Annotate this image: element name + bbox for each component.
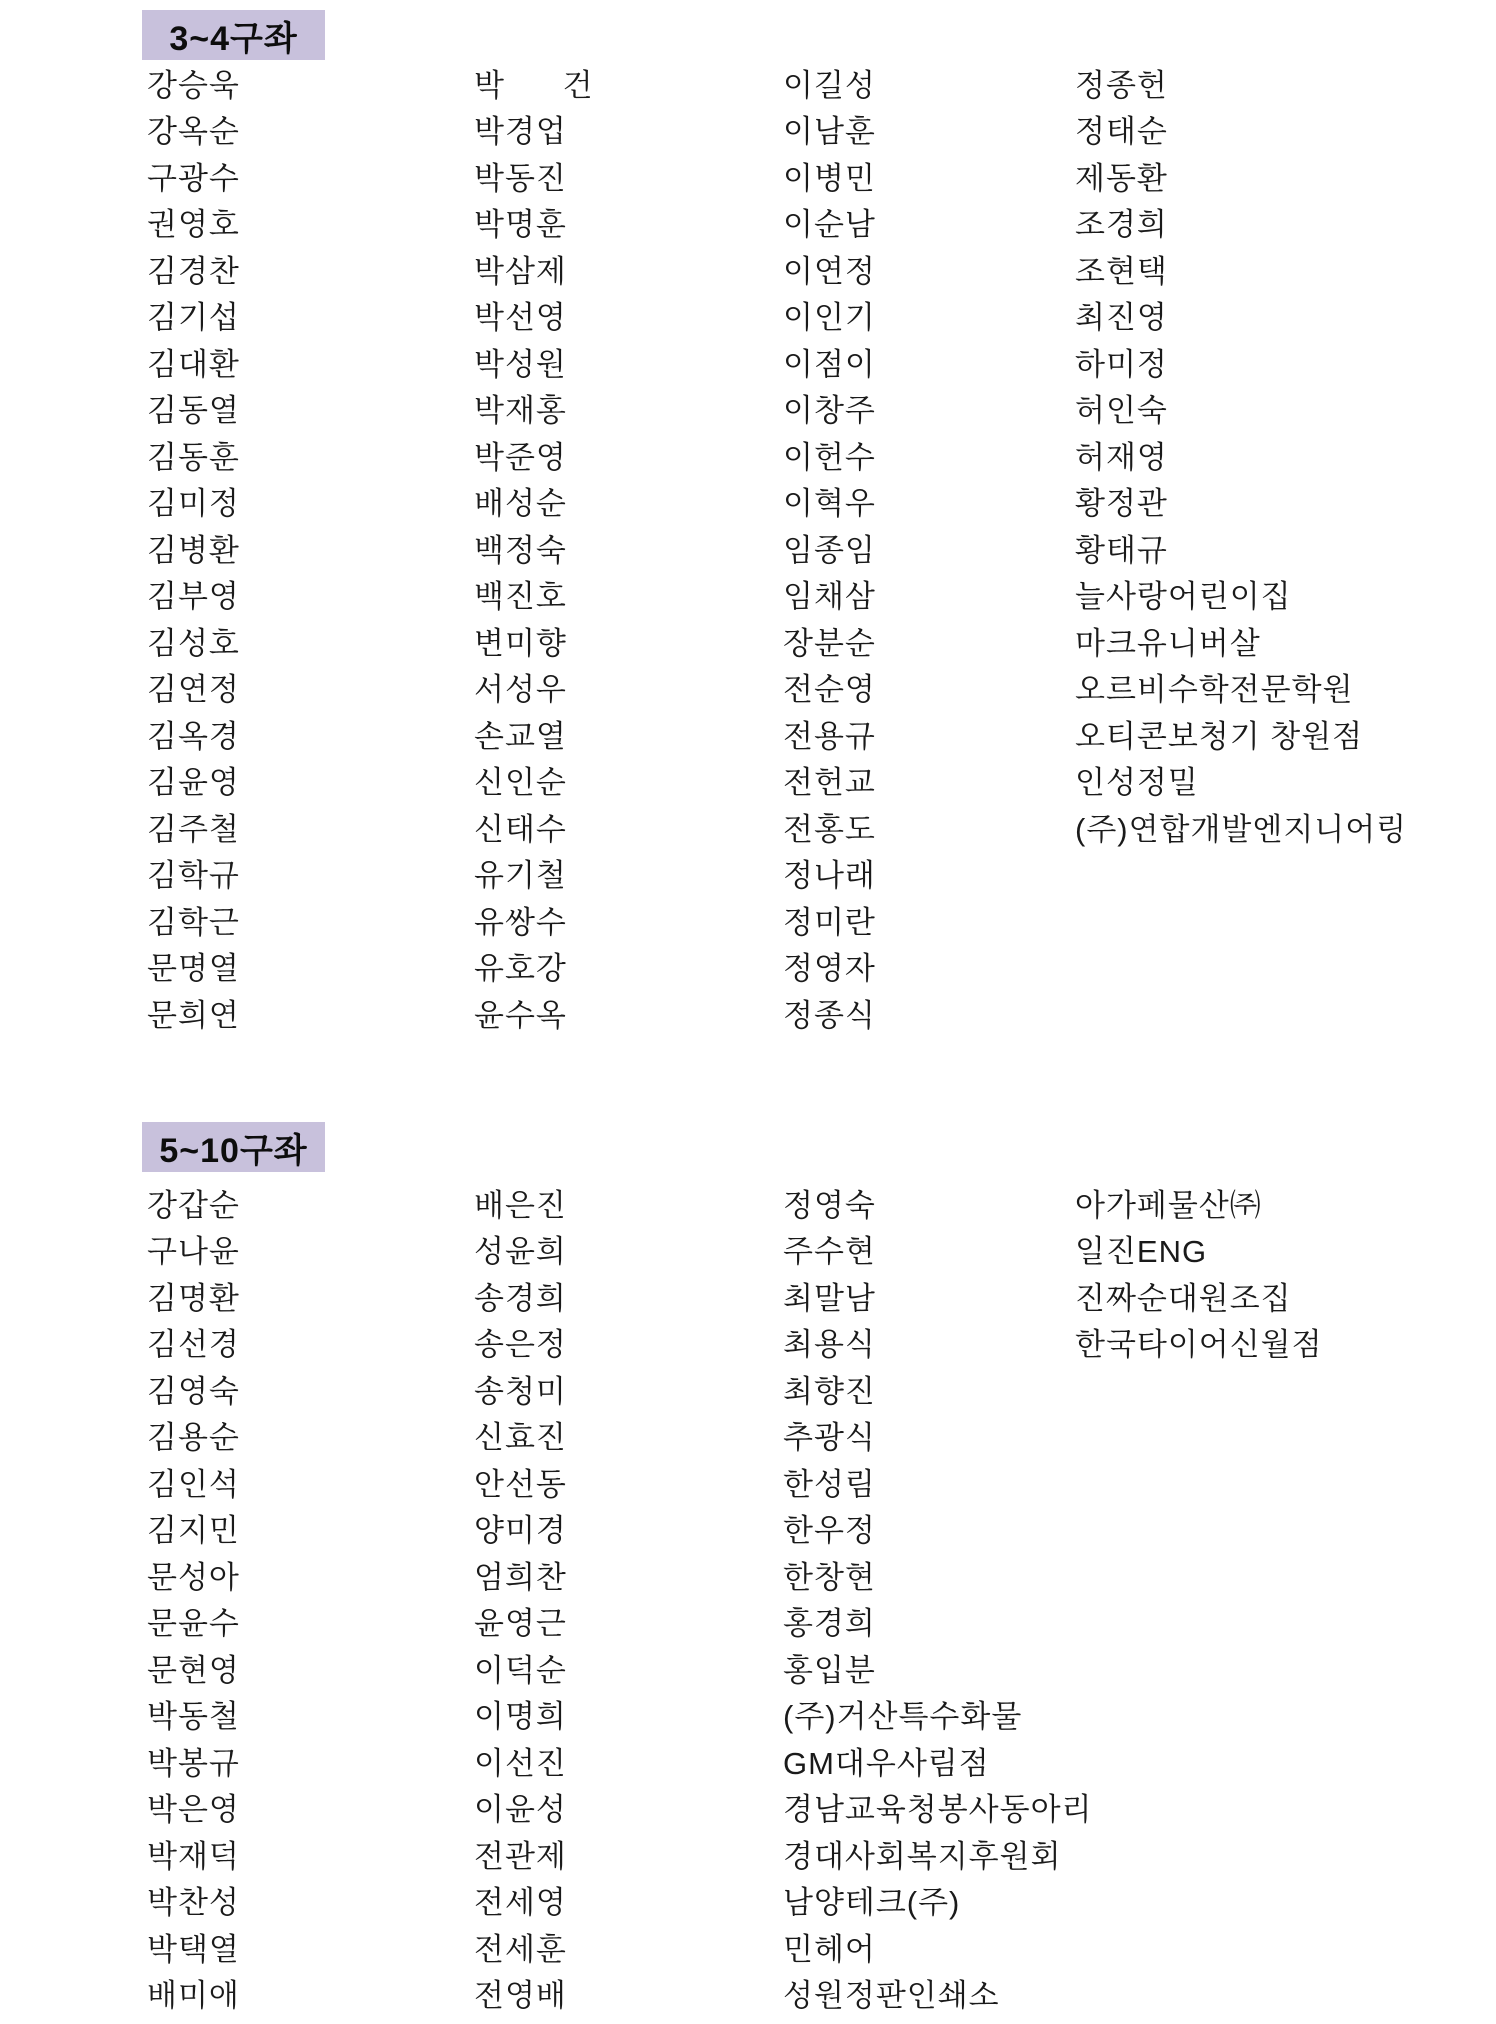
donor-name: 임종임 — [783, 524, 876, 571]
donor-name: 배성순 — [474, 478, 594, 525]
donor-name: 추광식 — [783, 1412, 1092, 1459]
section-header-3-4-accounts: 3~4구좌 — [142, 10, 325, 60]
donor-name: 마크유니버살 — [1075, 617, 1407, 664]
donor-name: 제동환 — [1075, 152, 1407, 199]
donor-name: 성원정판인쇄소 — [783, 1970, 1092, 2017]
donor-name: 문성아 — [147, 1551, 240, 1598]
donor-name: 손교열 — [474, 710, 594, 757]
donor-name: GM대우사림점 — [783, 1737, 1092, 1784]
donor-name: 서성우 — [474, 664, 594, 711]
donor-name: 송청미 — [474, 1365, 567, 1412]
donor-name: 박봉규 — [147, 1737, 240, 1784]
donor-name: 배은진 — [474, 1179, 567, 1226]
donor-name: 최말남 — [783, 1272, 1092, 1319]
donor-name: 문윤수 — [147, 1598, 240, 1645]
donor-name: 문명열 — [147, 943, 240, 990]
donor-name: 송은정 — [474, 1319, 567, 1366]
donor-name: 정미란 — [783, 896, 876, 943]
donor-name: 이창주 — [783, 385, 876, 432]
donor-name: 하미정 — [1075, 338, 1407, 385]
donor-name: 유호강 — [474, 943, 594, 990]
name-column: 배은진성윤희송경희송은정송청미신효진안선동양미경엄희찬윤영근이덕순이명희이선진이… — [474, 1179, 567, 2016]
donor-name: 이명희 — [474, 1691, 567, 1738]
donor-name: 김인석 — [147, 1458, 240, 1505]
donor-name: 양미경 — [474, 1505, 567, 1552]
donor-name: 장분순 — [783, 617, 876, 664]
donor-name: 한국타이어신월점 — [1075, 1319, 1323, 1366]
donor-name: 김대환 — [147, 338, 240, 385]
donor-name: 박재홍 — [474, 385, 594, 432]
donor-name: 주수현 — [783, 1226, 1092, 1273]
name-column: 정종헌정태순제동환조경희조현택최진영하미정허인숙허재영황정관황태규늘사랑어린이집… — [1075, 59, 1407, 850]
donor-name: 김성호 — [147, 617, 240, 664]
donor-name: 배미애 — [147, 1970, 240, 2017]
donor-name: 전영배 — [474, 1970, 567, 2017]
donor-name: 일진ENG — [1075, 1226, 1323, 1273]
donor-name: 김연정 — [147, 664, 240, 711]
donor-name: 김영숙 — [147, 1365, 240, 1412]
donor-name: 박재덕 — [147, 1830, 240, 1877]
donor-name: 강옥순 — [147, 106, 240, 153]
donor-name: 최향진 — [783, 1365, 1092, 1412]
donor-name: 전세영 — [474, 1877, 567, 1924]
donor-name: 신태수 — [474, 803, 594, 850]
donor-name: 윤영근 — [474, 1598, 567, 1645]
donor-name: 박택열 — [147, 1923, 240, 1970]
donor-name: 박동철 — [147, 1691, 240, 1738]
donor-name: 김미정 — [147, 478, 240, 525]
donor-name: 허재영 — [1075, 431, 1407, 478]
donor-name: 최진영 — [1075, 292, 1407, 339]
donor-name: (주)연합개발엔지니어링 — [1075, 803, 1407, 850]
donor-name: 이헌수 — [783, 431, 876, 478]
donor-name: 김윤영 — [147, 757, 240, 804]
donor-name: 박선영 — [474, 292, 594, 339]
donor-name: 이선진 — [474, 1737, 567, 1784]
donor-name: 한성림 — [783, 1458, 1092, 1505]
donor-name: 이순남 — [783, 199, 876, 246]
donor-name: 아가페물산㈜ — [1075, 1179, 1323, 1226]
donor-name: 신효진 — [474, 1412, 567, 1459]
donor-name: 박명훈 — [474, 199, 594, 246]
donor-name: 인성정밀 — [1075, 757, 1407, 804]
donor-name: 전용규 — [783, 710, 876, 757]
donor-name: 민헤어 — [783, 1923, 1092, 1970]
donor-name: 김옥경 — [147, 710, 240, 757]
donor-name: 문현영 — [147, 1644, 240, 1691]
donor-name: 정나래 — [783, 850, 876, 897]
donor-name: 김동훈 — [147, 431, 240, 478]
donor-name: 오티콘보청기 창원점 — [1075, 710, 1407, 757]
donor-name: 백정숙 — [474, 524, 594, 571]
donor-name: 늘사랑어린이집 — [1075, 571, 1407, 618]
donor-name: 강승욱 — [147, 59, 240, 106]
donor-name: 전세훈 — [474, 1923, 567, 1970]
donor-name: 변미향 — [474, 617, 594, 664]
donor-name: 박준영 — [474, 431, 594, 478]
donor-name: 박 건 — [474, 59, 594, 106]
name-column: 박 건박경업박동진박명훈박삼제박선영박성원박재홍박준영배성순백정숙백진호변미향서… — [474, 59, 594, 1036]
donor-name: 조경희 — [1075, 199, 1407, 246]
donor-name: 최용식 — [783, 1319, 1092, 1366]
donor-name: 박은영 — [147, 1784, 240, 1831]
donor-name: 정영자 — [783, 943, 876, 990]
donor-name: 김학근 — [147, 896, 240, 943]
donor-name: 이덕순 — [474, 1644, 567, 1691]
donor-name: 권영호 — [147, 199, 240, 246]
donor-name: 홍경희 — [783, 1598, 1092, 1645]
donor-name: 오르비수학전문학원 — [1075, 664, 1407, 711]
donor-name: 경대사회복지후원회 — [783, 1830, 1092, 1877]
donor-name: 전홍도 — [783, 803, 876, 850]
section-header-5-10-accounts: 5~10구좌 — [142, 1122, 325, 1172]
donor-name: 전순영 — [783, 664, 876, 711]
donor-name: 홍입분 — [783, 1644, 1092, 1691]
donor-name: 조현택 — [1075, 245, 1407, 292]
donor-name: 한우정 — [783, 1505, 1092, 1552]
donor-name: 김부영 — [147, 571, 240, 618]
donor-name: 송경희 — [474, 1272, 567, 1319]
donor-name: 진짜순대원조집 — [1075, 1272, 1323, 1319]
donor-name: 김명환 — [147, 1272, 240, 1319]
donor-name: 강갑순 — [147, 1179, 240, 1226]
donor-name: 김지민 — [147, 1505, 240, 1552]
donor-name: 경남교육청봉사동아리 — [783, 1784, 1092, 1831]
donor-name: 김경찬 — [147, 245, 240, 292]
donor-name: 박성원 — [474, 338, 594, 385]
donor-name: 전관제 — [474, 1830, 567, 1877]
donor-name: 박동진 — [474, 152, 594, 199]
name-column: 아가페물산㈜일진ENG진짜순대원조집한국타이어신월점 — [1075, 1179, 1323, 1365]
donor-name: 이남훈 — [783, 106, 876, 153]
name-column: 이길성이남훈이병민이순남이연정이인기이점이이창주이헌수이혁우임종임임채삼장분순전… — [783, 59, 876, 1036]
donor-name: 임채삼 — [783, 571, 876, 618]
donor-name: 신인순 — [474, 757, 594, 804]
donor-name: 김용순 — [147, 1412, 240, 1459]
donor-name: 윤수옥 — [474, 989, 594, 1036]
donor-name: 이혁우 — [783, 478, 876, 525]
donor-name: 박삼제 — [474, 245, 594, 292]
donor-name: 이길성 — [783, 59, 876, 106]
donor-name: 황정관 — [1075, 478, 1407, 525]
donor-name: 김학규 — [147, 850, 240, 897]
donor-name: 이인기 — [783, 292, 876, 339]
donor-name: 박경업 — [474, 106, 594, 153]
name-column: 정영숙주수현최말남최용식최향진추광식한성림한우정한창현홍경희홍입분(주)거산특수… — [783, 1179, 1092, 2016]
donor-name: 김병환 — [147, 524, 240, 571]
donor-list-page: 3~4구좌 강승욱강옥순구광수권영호김경찬김기섭김대환김동열김동훈김미정김병환김… — [0, 0, 1496, 2024]
donor-name: 정태순 — [1075, 106, 1407, 153]
donor-name: 문희연 — [147, 989, 240, 1036]
donor-name: 김동열 — [147, 385, 240, 432]
donor-name: 박찬성 — [147, 1877, 240, 1924]
donor-name: 정종식 — [783, 989, 876, 1036]
donor-name: 엄희찬 — [474, 1551, 567, 1598]
donor-name: 정영숙 — [783, 1179, 1092, 1226]
donor-name: 유기철 — [474, 850, 594, 897]
donor-name: 구나윤 — [147, 1226, 240, 1273]
name-column: 강갑순구나윤김명환김선경김영숙김용순김인석김지민문성아문윤수문현영박동철박봉규박… — [147, 1179, 240, 2016]
donor-name: 김선경 — [147, 1319, 240, 1366]
donor-name: 남양테크(주) — [783, 1877, 1092, 1924]
donor-name: (주)거산특수화물 — [783, 1691, 1092, 1738]
donor-name: 황태규 — [1075, 524, 1407, 571]
donor-name: 이병민 — [783, 152, 876, 199]
donor-name: 성윤희 — [474, 1226, 567, 1273]
donor-name: 구광수 — [147, 152, 240, 199]
donor-name: 정종헌 — [1075, 59, 1407, 106]
name-column: 강승욱강옥순구광수권영호김경찬김기섭김대환김동열김동훈김미정김병환김부영김성호김… — [147, 59, 240, 1036]
donor-name: 전헌교 — [783, 757, 876, 804]
donor-name: 김주철 — [147, 803, 240, 850]
donor-name: 이연정 — [783, 245, 876, 292]
donor-name: 이점이 — [783, 338, 876, 385]
donor-name: 김기섭 — [147, 292, 240, 339]
donor-name: 한창현 — [783, 1551, 1092, 1598]
donor-name: 백진호 — [474, 571, 594, 618]
donor-name: 유쌍수 — [474, 896, 594, 943]
donor-name: 안선동 — [474, 1458, 567, 1505]
donor-name: 이윤성 — [474, 1784, 567, 1831]
donor-name: 허인숙 — [1075, 385, 1407, 432]
